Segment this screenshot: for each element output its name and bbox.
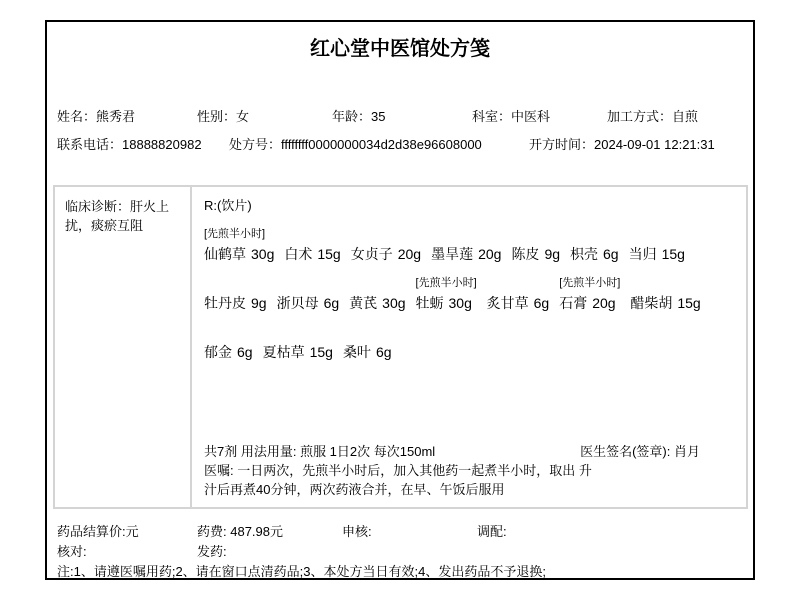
patient-department-label: 科室： [472, 109, 511, 124]
doctor-signature: 医生签名(签章): 肖月 [580, 442, 700, 461]
pre-decoct-spacer [277, 275, 340, 293]
review-field: 申核: [342, 522, 477, 542]
patient-gender: 性别：女 [197, 108, 332, 126]
herb-text: 白术15g [284, 244, 340, 264]
herb-item: 陈皮9g [511, 226, 560, 264]
prescription-sheet: 红心堂中医馆处方笺 姓名：熊秀君 性别：女 年龄：35 科室：中医科 加工方式：… [45, 20, 755, 580]
herb-name: 枳壳 [570, 246, 598, 262]
herb-name: 陈皮 [511, 246, 539, 262]
herb-dose: 6g [603, 246, 619, 262]
herb-dose: 30g [449, 295, 472, 311]
settlement-section: 药品结算价:元 药费: 487.98元 申核: 调配: 核对: 发药: 注:1、… [47, 522, 753, 582]
settlement-price-label: 药品结算价: [57, 524, 126, 539]
herb-dose: 30g [251, 246, 274, 262]
herb-dose: 6g [237, 344, 253, 360]
herb-text: 桑叶6g [343, 342, 392, 362]
herb-name: 牡丹皮 [204, 295, 246, 311]
processing-method: 加工方式：自煎 [607, 108, 743, 126]
herb-name: 女贞子 [351, 246, 393, 262]
herb-item: 夏枯草15g [263, 324, 333, 362]
herb-item: 白术15g [284, 226, 340, 264]
patient-phone-label: 联系电话： [57, 137, 122, 152]
rx-detail-cell: R:(饮片) [先煎半小时] 仙鹤草30g 白术15g 女贞子20g 墨旱莲20… [192, 187, 746, 507]
pre-decoct-label: [先煎半小时] [204, 226, 274, 244]
settlement-price-value: 元 [126, 524, 139, 539]
herb-text: 浙贝母6g [277, 293, 340, 313]
check-field: 核对: [57, 542, 197, 562]
patient-gender-label: 性别： [197, 109, 236, 124]
patient-phone-value: 18888820982 [122, 137, 202, 152]
prescription-time-value: 2024-09-01 12:21:31 [594, 137, 715, 152]
herb-dose: 15g [662, 246, 685, 262]
herb-dose: 9g [544, 246, 560, 262]
processing-method-value: 自煎 [672, 109, 698, 124]
herb-item: 浙贝母6g [277, 275, 340, 313]
herb-item: 炙甘草6g [487, 275, 550, 313]
pre-decoct-spacer [343, 324, 392, 342]
herb-name: 郁金 [204, 344, 232, 360]
check-row: 核对: 发药: [57, 542, 743, 562]
herb-text: 枳壳6g [570, 244, 619, 264]
rx-footer: 共7剂 用法用量: 煎服 1日2次 每次150ml 医生签名(签章): 肖月 医… [204, 442, 734, 499]
herb-dose: 6g [376, 344, 392, 360]
pre-decoct-spacer [487, 275, 550, 293]
medicine-fee-label: 药费: [197, 524, 230, 539]
pre-decoct-spacer [263, 324, 333, 342]
pre-decoct-spacer [431, 226, 501, 244]
usage-line: 共7剂 用法用量: 煎服 1日2次 每次150ml 医生签名(签章): 肖月 [204, 442, 734, 461]
patient-department-value: 中医科 [511, 109, 550, 124]
patient-name-value: 熊秀君 [96, 109, 135, 124]
herb-text: 郁金6g [204, 342, 253, 362]
clinical-diagnosis-label: 临床诊断： [65, 199, 130, 214]
prescription-body: 临床诊断：肝火上扰，痰瘀互阻 R:(饮片) [先煎半小时] 仙鹤草30g 白术1… [53, 185, 748, 509]
herb-dose: 6g [324, 295, 340, 311]
pre-decoct-spacer [630, 275, 700, 293]
herb-text: 女贞子20g [351, 244, 421, 264]
herb-item: 黄芪30g [349, 275, 405, 313]
patient-age: 年龄：35 [332, 108, 472, 126]
herb-text: 石膏20g [559, 293, 620, 313]
herb-row: 郁金6g 夏枯草15g 桑叶6g [204, 324, 734, 362]
clinic-title: 红心堂中医馆处方笺 [47, 37, 753, 61]
notes: 注:1、请遵医嘱用药;2、请在窗口点清药品;3、本处方当日有效;4、发出药品不予… [57, 562, 743, 582]
herb-text: 墨旱莲20g [431, 244, 501, 264]
herb-item: 当归15g [629, 226, 685, 264]
pre-decoct-spacer [349, 275, 405, 293]
pre-decoct-spacer [204, 275, 267, 293]
pre-decoct-spacer [629, 226, 685, 244]
herb-dose: 15g [317, 246, 340, 262]
herb-text: 黄芪30g [349, 293, 405, 313]
pre-decoct-spacer [204, 324, 253, 342]
herb-text: 牡蛎30g [416, 293, 477, 313]
herb-text: 陈皮9g [511, 244, 560, 264]
issue-field: 发药: [197, 542, 743, 562]
herb-dose: 9g [251, 295, 267, 311]
herb-name: 醋柴胡 [630, 295, 672, 311]
herb-name: 浙贝母 [277, 295, 319, 311]
herb-name: 仙鹤草 [204, 246, 246, 262]
herb-dose: 30g [382, 295, 405, 311]
herb-item: 女贞子20g [351, 226, 421, 264]
processing-method-label: 加工方式： [607, 109, 672, 124]
herb-name: 墨旱莲 [431, 246, 473, 262]
dosage-usage: 共7剂 用法用量: 煎服 1日2次 每次150ml [204, 442, 435, 461]
herb-item: 桑叶6g [343, 324, 392, 362]
settlement-price: 药品结算价:元 [57, 522, 197, 542]
prescription-number-value: ffffffff0000000034d2d38e96608000 [281, 137, 482, 152]
pre-decoct-spacer [511, 226, 560, 244]
pre-decoct-spacer [284, 226, 340, 244]
pre-decoct-spacer [570, 226, 619, 244]
prescription-time-label: 开方时间： [529, 137, 594, 152]
herb-name: 桑叶 [343, 344, 371, 360]
herb-row: 牡丹皮9g 浙贝母6g 黄芪30g [先煎半小时] 牡蛎30g 炙甘草6g [204, 275, 734, 313]
pre-decoct-spacer [351, 226, 421, 244]
patient-phone: 联系电话：18888820982 [57, 136, 229, 154]
herb-text: 醋柴胡15g [630, 293, 700, 313]
herb-dose: 20g [478, 246, 501, 262]
herb-item: [先煎半小时] 牡蛎30g [416, 275, 477, 313]
prescription-time: 开方时间：2024-09-01 12:21:31 [529, 136, 743, 154]
doctor-signature-label: 医生签名(签章): [580, 444, 674, 459]
doctor-advice-label: 医嘱: [204, 463, 237, 478]
clinical-diagnosis: 临床诊断：肝火上扰，痰瘀互阻 [55, 187, 192, 507]
rx-header: R:(饮片) [204, 197, 734, 215]
herb-item: 牡丹皮9g [204, 275, 267, 313]
settlement-row: 药品结算价:元 药费: 487.98元 申核: 调配: [57, 522, 743, 542]
herb-text: 炙甘草6g [487, 293, 550, 313]
herb-name: 牡蛎 [416, 295, 444, 311]
herb-text: 夏枯草15g [263, 342, 333, 362]
herb-name: 黄芪 [349, 295, 377, 311]
medicine-fee-value: 487.98元 [230, 524, 283, 539]
herb-name: 当归 [629, 246, 657, 262]
herb-item: [先煎半小时] 石膏20g [559, 275, 620, 313]
prescription-number-label: 处方号： [229, 137, 281, 152]
patient-info-row: 姓名：熊秀君 性别：女 年龄：35 科室：中医科 加工方式：自煎 [47, 108, 753, 126]
herb-name: 炙甘草 [487, 295, 529, 311]
herb-dose: 20g [592, 295, 615, 311]
patient-department: 科室：中医科 [472, 108, 607, 126]
herb-text: 仙鹤草30g [204, 244, 274, 264]
patient-gender-value: 女 [236, 109, 249, 124]
pre-decoct-label: [先煎半小时] [559, 275, 620, 293]
pre-decoct-label: [先煎半小时] [416, 275, 477, 293]
herb-item: 郁金6g [204, 324, 253, 362]
herb-dose: 15g [310, 344, 333, 360]
patient-name: 姓名：熊秀君 [57, 108, 197, 126]
patient-age-label: 年龄： [332, 109, 371, 124]
patient-name-label: 姓名： [57, 109, 96, 124]
contact-info-row: 联系电话：18888820982 处方号：ffffffff0000000034d… [47, 136, 753, 154]
herb-name: 白术 [284, 246, 312, 262]
dispense-field: 调配: [477, 522, 743, 542]
herb-dose: 15g [677, 295, 700, 311]
herb-text: 当归15g [629, 244, 685, 264]
herb-dose: 20g [398, 246, 421, 262]
herb-text: 牡丹皮9g [204, 293, 267, 313]
herb-dose: 6g [534, 295, 550, 311]
herb-name: 夏枯草 [263, 344, 305, 360]
herb-name: 石膏 [559, 295, 587, 311]
doctor-signature-value: 肖月 [674, 444, 700, 459]
doctor-advice: 医嘱: 一日两次，先煎半小时后，加入其他药一起煮半小时，取出 升汁后再煮40分钟… [204, 461, 602, 499]
herb-item: 醋柴胡15g [630, 275, 700, 313]
herb-item: 枳壳6g [570, 226, 619, 264]
prescription-number: 处方号：ffffffff0000000034d2d38e96608000 [229, 136, 529, 154]
herb-item: 墨旱莲20g [431, 226, 501, 264]
medicine-fee: 药费: 487.98元 [197, 522, 342, 542]
patient-age-value: 35 [371, 109, 385, 124]
doctor-advice-text: 一日两次，先煎半小时后，加入其他药一起煮半小时，取出 升汁后再煮40分钟，两次药… [204, 463, 592, 497]
herb-item: [先煎半小时] 仙鹤草30g [204, 226, 274, 264]
herb-row: [先煎半小时] 仙鹤草30g 白术15g 女贞子20g 墨旱莲20g [204, 226, 734, 264]
